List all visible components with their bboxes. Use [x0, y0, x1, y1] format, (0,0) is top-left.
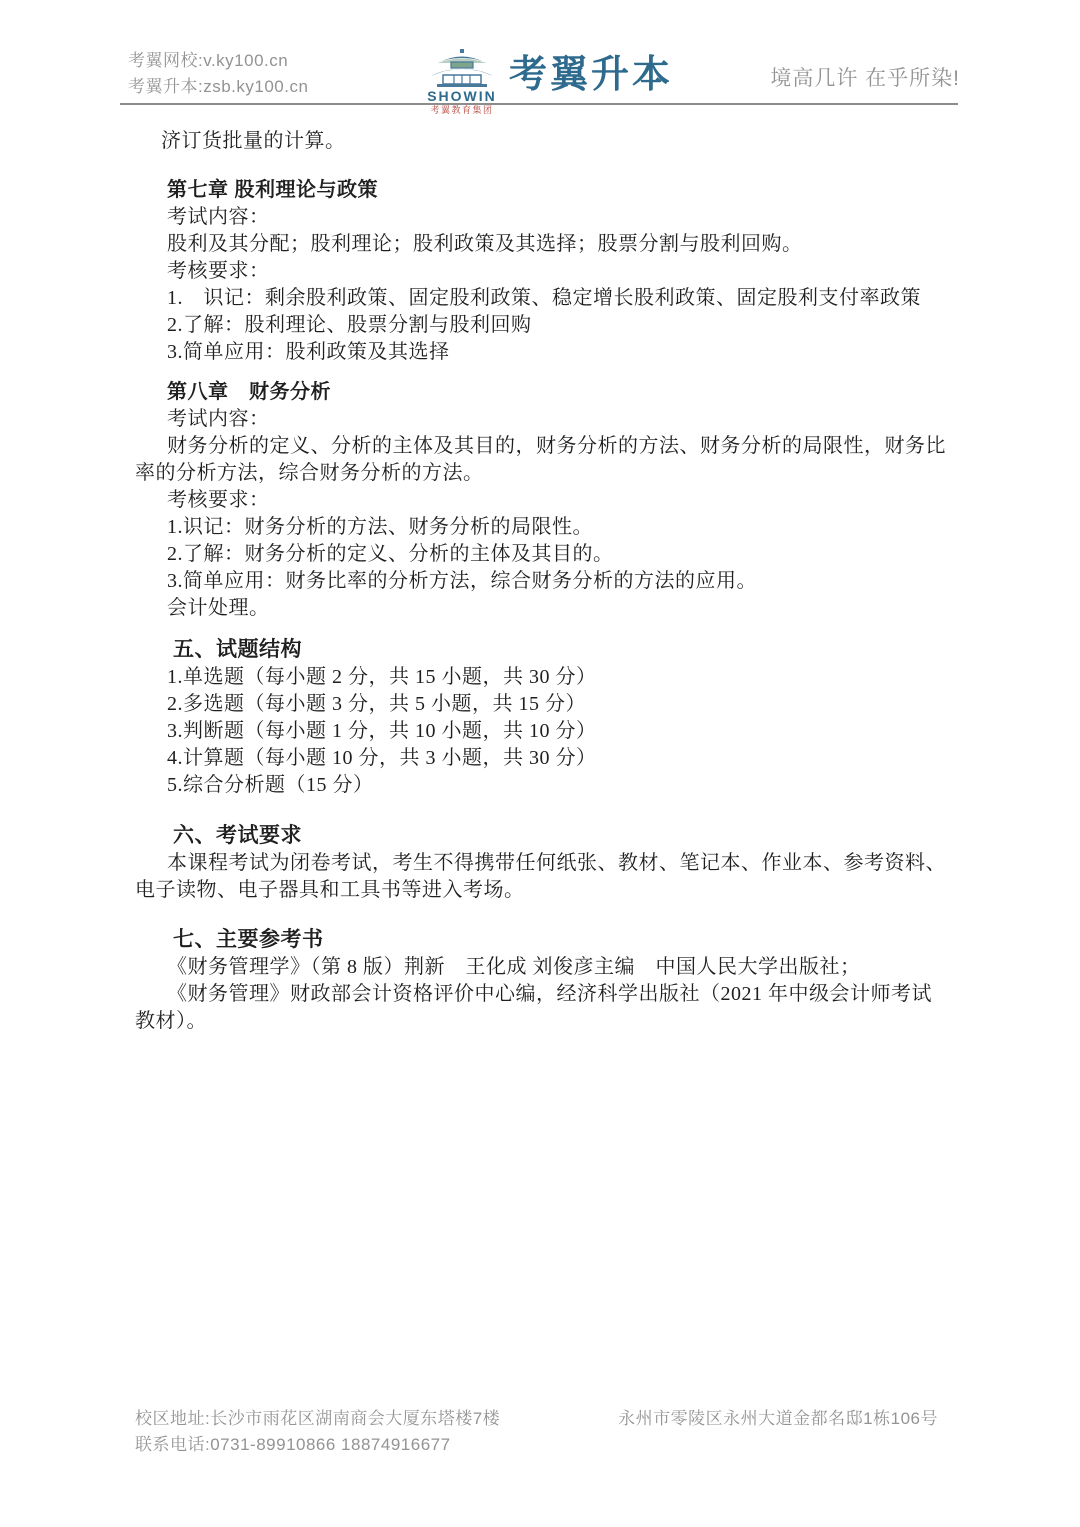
content-line: 电子读物、电子器具和工具书等进入考场。 — [135, 877, 960, 904]
logo-brand-text: 考翼升本 — [509, 53, 673, 97]
document-body: 济订货批量的计算。第七章 股利理论与政策考试内容：股利及其分配；股利理论；股利政… — [135, 128, 960, 1035]
content-heading: 六、考试要求 — [173, 821, 960, 850]
page-footer: 校区地址:长沙市雨花区湖南商会大厦东塔楼7楼 永州市零陵区永州大道金都名邸1栋1… — [135, 1406, 938, 1458]
footer-phone: 联系电话:0731-89910866 18874916677 — [135, 1432, 451, 1458]
header-divider — [120, 103, 958, 105]
logo-showin-text: SHOWIN — [427, 89, 497, 103]
footer-campus-address: 校区地址:长沙市雨花区湖南商会大厦东塔楼7楼 — [135, 1406, 500, 1432]
content-line: 财务分析的定义、分析的主体及其目的，财务分析的方法、财务分析的局限性，财务比 — [167, 433, 960, 460]
content-heading: 五、试题结构 — [173, 635, 960, 664]
page-header: 考翼网校:v.ky100.cn 考翼升本:zsb.ky100.cn SH — [120, 0, 960, 104]
content-line: 会计处理。 — [167, 595, 960, 622]
content-line: 本课程考试为闭卷考试，考生不得携带任何纸张、教材、笔记本、作业本、参考资料、 — [167, 850, 960, 877]
content-line: 2.了解：财务分析的定义、分析的主体及其目的。 — [167, 541, 960, 568]
content-line: 1.识记：财务分析的方法、财务分析的局限性。 — [167, 514, 960, 541]
content-line: 3.简单应用：股利政策及其选择 — [167, 339, 960, 366]
content-heading: 第七章 股利理论与政策 — [167, 177, 960, 204]
content-line: 考核要求： — [167, 258, 960, 285]
content-line: 教材）。 — [135, 1008, 960, 1035]
content-heading: 第八章 财务分析 — [167, 379, 960, 406]
content-heading: 七、主要参考书 — [173, 925, 960, 954]
header-link-zsb: 考翼升本:zsb.ky100.cn — [128, 74, 308, 100]
content-line: 济订货批量的计算。 — [161, 128, 960, 155]
content-line: 《财务管理》财政部会计资格评价中心编，经济科学出版社（2021 年中级会计师考试 — [167, 981, 960, 1008]
content-line: 率的分析方法，综合财务分析的方法。 — [135, 460, 960, 487]
content-line: 3.简单应用：财务比率的分析方法，综合财务分析的方法的应用。 — [167, 568, 960, 595]
content-line: 3.判断题（每小题 1 分，共 10 小题，共 10 分） — [167, 718, 960, 745]
logo-mark: SHOWIN 考翼教育集团 — [423, 48, 501, 116]
footer-branch-address: 永州市零陵区永州大道金都名邸1栋106号 — [618, 1406, 938, 1432]
content-line: 5.综合分析题（15 分） — [167, 772, 960, 799]
header-links: 考翼网校:v.ky100.cn 考翼升本:zsb.ky100.cn — [128, 48, 308, 100]
header-slogan: 境高几许 在乎所染! — [770, 62, 960, 92]
content-line: 1. 识记：剩余股利政策、固定股利政策、稳定增长股利政策、固定股利支付率政策 — [167, 285, 960, 312]
pagoda-icon — [429, 48, 495, 88]
content-line: 考核要求： — [167, 487, 960, 514]
logo: SHOWIN 考翼教育集团 考翼升本 — [423, 48, 673, 116]
content-line: 1.单选题（每小题 2 分，共 15 小题，共 30 分） — [167, 664, 960, 691]
content-line: 2.多选题（每小题 3 分，共 5 小题，共 15 分） — [167, 691, 960, 718]
header-link-school: 考翼网校:v.ky100.cn — [128, 48, 308, 74]
content-line: 《财务管理学》（第 8 版）荆新 王化成 刘俊彦主编 中国人民大学出版社； — [167, 954, 960, 981]
content-line: 考试内容： — [167, 406, 960, 433]
logo-group-text: 考翼教育集团 — [430, 105, 493, 116]
content-line: 4.计算题（每小题 10 分，共 3 小题，共 30 分） — [167, 745, 960, 772]
content-line: 股利及其分配；股利理论；股利政策及其选择；股票分割与股利回购。 — [167, 231, 960, 258]
content-line: 2.了解：股利理论、股票分割与股利回购 — [167, 312, 960, 339]
content-line: 考试内容： — [167, 204, 960, 231]
